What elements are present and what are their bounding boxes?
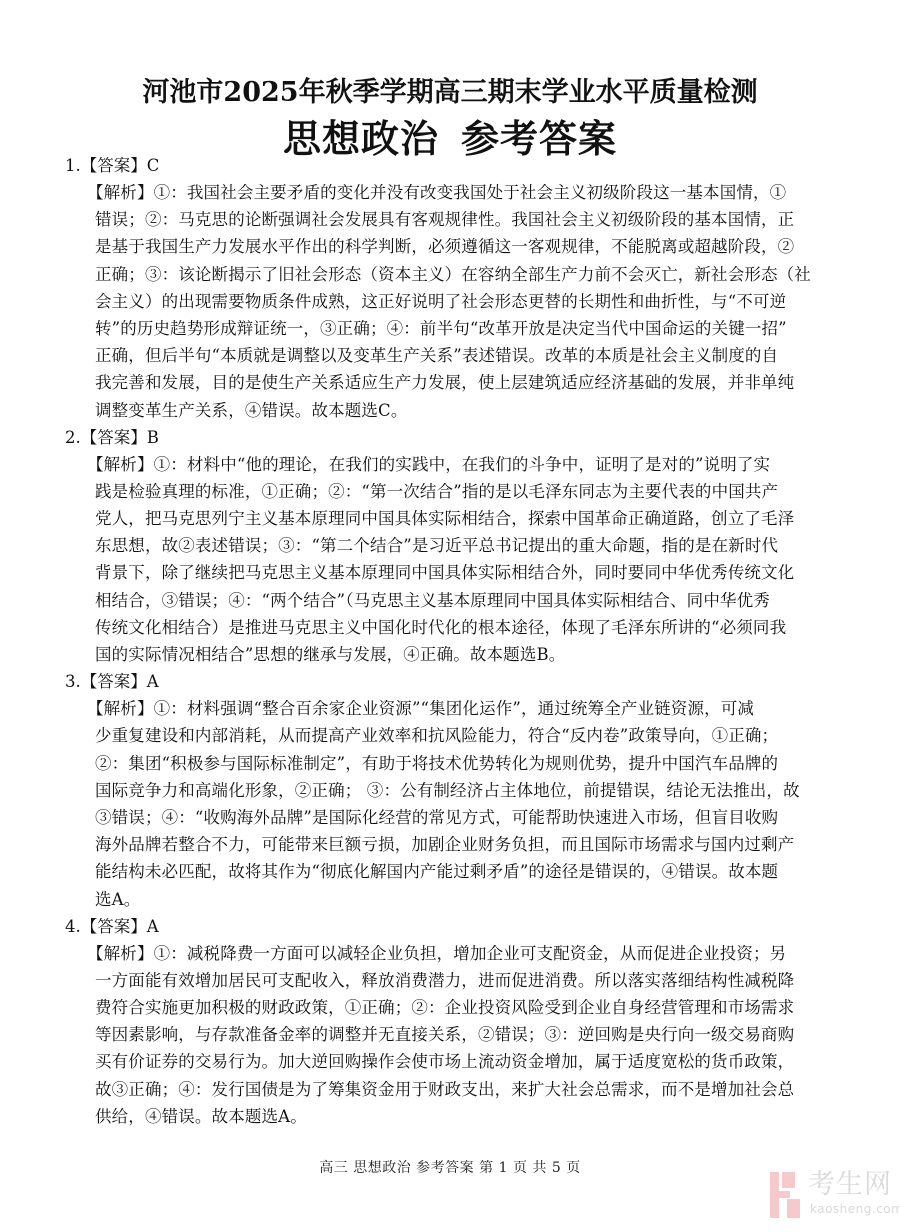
analysis-line: 一方面能有效增加居民可支配收入，释放消费潜力，进而促进消费。所以落实落细结构性减… — [95, 967, 837, 994]
analysis-line: 东思想，故②表述错误；③：“第二个结合”是习近平总书记提出的重大命题，指的是在新… — [95, 532, 837, 559]
analysis-line: 费符合实施更加积极的财政政策，①正确；②：企业投资风险受到企业自身经营管理和市场… — [95, 994, 837, 1021]
exam-title: 河池市2025年秋季学期高三期末学业水平质量检测 — [0, 70, 900, 109]
question-number: 1. — [65, 156, 81, 175]
analysis-line: 会主义）的出现需要物质条件成熟，这正好说明了社会形态更替的长期性和曲折性，与“不… — [95, 288, 837, 315]
analysis-label: 【解析】 — [87, 183, 154, 202]
answer-key-page: 河池市2025年秋季学期高三期末学业水平质量检测 思想政治参考答案 1.【答案】… — [0, 0, 900, 1232]
analysis-line: 供给，④错误。故本题选A。 — [95, 1103, 837, 1130]
answer-line: 2.【答案】B — [65, 424, 837, 451]
analysis-line: 【解析】①：减税降费一方面可以减轻企业负担，增加企业可支配资金，从而促进企业投资… — [87, 940, 837, 967]
watermark-name: 考生网 — [808, 1170, 892, 1200]
analysis-line: 正确，但后半句“本质就是调整以及变革生产关系”表述错误。改革的本质是社会主义制度… — [95, 342, 837, 369]
answer-list: 1.【答案】C 【解析】①：我国社会主要矛盾的变化并没有改变我国处于社会主义初级… — [65, 152, 837, 1130]
analysis-line: 选A。 — [95, 886, 837, 913]
answer-label: 【答案】 — [81, 428, 147, 447]
answer-label: 【答案】 — [81, 672, 147, 691]
question-4: 4.【答案】A 【解析】①：减税降费一方面可以减轻企业负担，增加企业可支配资金，… — [65, 913, 837, 1130]
kaosheng-logo-icon — [770, 1172, 800, 1218]
analysis-line: 党人，把马克思列宁主义基本原理同中国具体实际相结合，探索中国革命正确道路，创立了… — [95, 505, 837, 532]
page-footer: 高三 思想政治 参考答案 第 1 页 共 5 页 — [0, 1157, 900, 1177]
analysis-line: 【解析】①：材料强调“整合百余家企业资源”“集团化运作”，通过统筹全产业链资源，… — [87, 695, 837, 722]
analysis: 【解析】①：我国社会主要矛盾的变化并没有改变我国处于社会主义初级阶段这一基本国情… — [65, 179, 837, 424]
analysis-line: 传统文化相结合）是推进马克思主义中国化时代化的根本途径，体现了毛泽东所讲的“必须… — [95, 614, 837, 641]
analysis-line: 转”的历史趋势形成辩证统一，③正确；④：前半句“改革开放是决定当代中国命运的关键… — [95, 315, 837, 342]
analysis-line: 故③正确；④：发行国债是为了筹集资金用于财政支出，来扩大社会总需求，而不是增加社… — [95, 1076, 837, 1103]
analysis-line: 我完善和发展，目的是使生产关系适应生产力发展，使上层建筑适应经济基础的发展，并非… — [95, 369, 837, 396]
watermark-domain: kaosheng.com — [810, 1202, 900, 1216]
analysis-label: 【解析】 — [87, 455, 154, 474]
analysis-line: 【解析】①：材料中“他的理论，在我们的实践中，在我们的斗争中，证明了是对的”说明… — [87, 451, 837, 478]
analysis-line: ③错误；④：“收购海外品牌”是国际化经营的常见方式，可能帮助快速进入市场，但盲目… — [95, 804, 837, 831]
answer-line: 3.【答案】A — [65, 668, 837, 695]
question-number: 3. — [65, 672, 81, 691]
analysis-line: 背景下，除了继续把马克思主义基本原理同中国具体实际相结合外，同时要同中华优秀传统… — [95, 559, 837, 586]
answer-line: 4.【答案】A — [65, 913, 837, 940]
analysis-line: 相结合，③错误；④：“两个结合”（马克思主义基本原理同中国具体实际相结合、同中华… — [95, 587, 837, 614]
analysis-line: 正确；③：该论断揭示了旧社会形态（资本主义）在容纳全部生产力前不会灭亡，新社会形… — [95, 261, 837, 288]
analysis-line: ②：集团“积极参与国际标准制定”，有助于将技术优势转化为规则优势，提升中国汽车品… — [95, 750, 837, 777]
analysis-line: 海外品牌若整合不力，可能带来巨额亏损，加剧企业财务负担，而且国际市场需求与国内过… — [95, 831, 837, 858]
answer-value: C — [147, 156, 160, 175]
analysis-line: 国际竞争力和高端化形象，②正确； ③：公有制经济占主体地位，前提错误，结论无法推… — [95, 777, 837, 804]
question-3: 3.【答案】A 【解析】①：材料强调“整合百余家企业资源”“集团化运作”，通过统… — [65, 668, 837, 913]
analysis-line: 能结构未必匹配，故将其作为“彻底化解国内产能过剩矛盾”的途径是错误的，④错误。故… — [95, 858, 837, 885]
analysis-line: 国的实际情况相结合”思想的继承与发展，④正确。故本题选B。 — [95, 641, 837, 668]
analysis-label: 【解析】 — [87, 944, 154, 963]
answer-label: 【答案】 — [81, 917, 147, 936]
answer-label: 【答案】 — [81, 156, 147, 175]
analysis-line: 等因素影响，与存款准备金率的调整并无直接关系，②错误；③：逆回购是央行向一级交易… — [95, 1021, 837, 1048]
analysis-line: 【解析】①：我国社会主要矛盾的变化并没有改变我国处于社会主义初级阶段这一基本国情… — [87, 179, 837, 206]
question-1: 1.【答案】C 【解析】①：我国社会主要矛盾的变化并没有改变我国处于社会主义初级… — [65, 152, 837, 424]
answer-line: 1.【答案】C — [65, 152, 837, 179]
question-number: 2. — [65, 428, 81, 447]
watermark: 考生网 kaosheng.com — [770, 1170, 900, 1225]
analysis-line: 践是检验真理的标准，①正确；②：“第一次结合”指的是以毛泽东同志为主要代表的中国… — [95, 478, 837, 505]
analysis: 【解析】①：材料中“他的理论，在我们的实践中，在我们的斗争中，证明了是对的”说明… — [65, 451, 837, 669]
analysis-line: 错误；②：马克思的论断强调社会发展具有客观规律性。我国社会主义初级阶段的基本国情… — [95, 206, 837, 233]
analysis-line: 买有价证券的交易行为。加大逆回购操作会使市场上流动资金增加，属于适度宽松的货币政… — [95, 1048, 837, 1075]
answer-value: B — [147, 428, 159, 447]
analysis-label: 【解析】 — [87, 699, 154, 718]
answer-value: A — [147, 672, 159, 691]
answer-value: A — [147, 917, 159, 936]
analysis-line: 少重复建设和内部消耗，从而提高产业效率和抗风险能力，符合“反内卷”政策导向，①正… — [95, 722, 837, 749]
analysis: 【解析】①：减税降费一方面可以减轻企业负担，增加企业可支配资金，从而促进企业投资… — [65, 940, 837, 1130]
analysis-line: 是基于我国生产力发展水平作出的科学判断，必须遵循这一客观规律，不能脱离或超越阶段… — [95, 233, 837, 260]
question-2: 2.【答案】B 【解析】①：材料中“他的理论，在我们的实践中，在我们的斗争中，证… — [65, 424, 837, 669]
analysis-line: 调整变革生产关系，④错误。故本题选C。 — [95, 397, 837, 424]
analysis: 【解析】①：材料强调“整合百余家企业资源”“集团化运作”，通过统筹全产业链资源，… — [65, 695, 837, 913]
question-number: 4. — [65, 917, 81, 936]
